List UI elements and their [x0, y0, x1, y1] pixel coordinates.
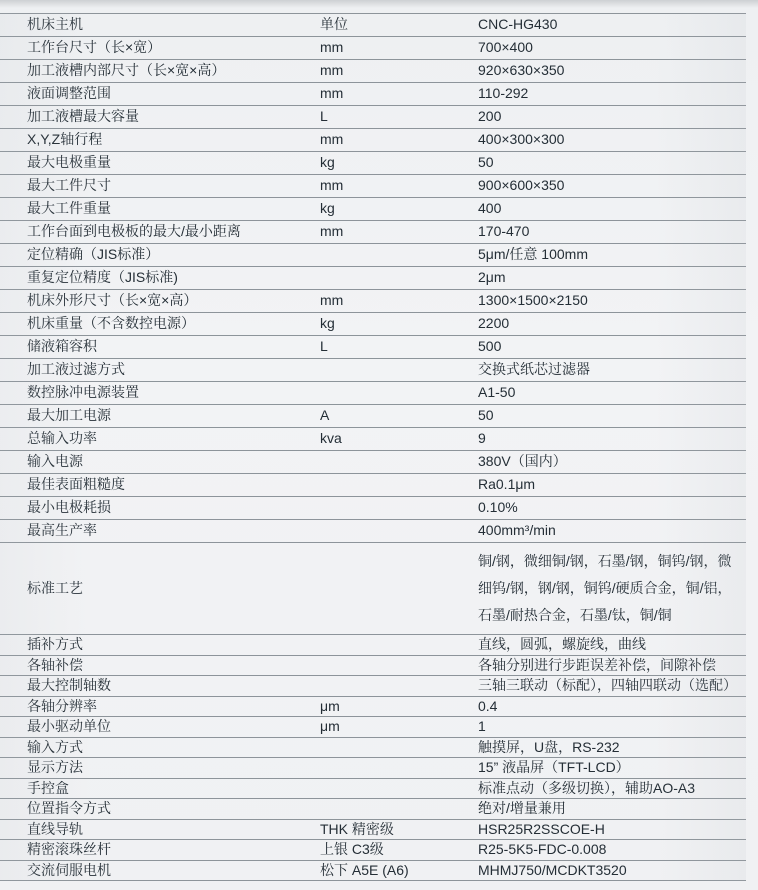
spec-label: 插补方式: [0, 635, 320, 656]
spec-label: 机床主机: [0, 14, 320, 37]
table-row: 交流伺服电机松下 A5E (A6)MHMJ750/MCDKT3520: [0, 860, 746, 881]
spec-unit: mm: [320, 175, 478, 198]
spec-unit: μm: [320, 717, 478, 738]
spec-unit: mm: [320, 290, 478, 313]
table-row: 精密滚珠丝杆上银 C3级R25-5K5-FDC-0.008: [0, 840, 746, 861]
spec-label: 各轴分辨率: [0, 696, 320, 717]
spec-unit: [320, 267, 478, 290]
spec-unit: mm: [320, 129, 478, 152]
table-row: 最大工件尺寸mm900×600×350: [0, 175, 746, 198]
spec-label: 工作台尺寸（长×宽）: [0, 37, 320, 60]
spec-unit: [320, 520, 478, 543]
spec-unit: L: [320, 336, 478, 359]
spec-value: 5μm/任意 100mm: [478, 244, 746, 267]
spec-unit: kva: [320, 428, 478, 451]
spec-unit: [320, 543, 478, 635]
spec-unit: [320, 497, 478, 520]
spec-value: 铜/钢，微细铜/钢，石墨/钢，铜钨/钢，微细钨/钢，钢/钢，铜钨/硬质合金，铜/…: [478, 543, 746, 635]
table-row: 储液箱容积L500: [0, 336, 746, 359]
spec-unit: [320, 778, 478, 799]
spec-unit: [320, 655, 478, 676]
spec-value: 920×630×350: [478, 60, 746, 83]
table-row: 输入电源380V（国内）: [0, 451, 746, 474]
spec-value: R25-5K5-FDC-0.008: [478, 840, 746, 861]
spec-table: 机床主机单位CNC-HG430工作台尺寸（长×宽）mm700×400加工液槽内部…: [0, 13, 746, 881]
table-row: 加工液槽内部尺寸（长×宽×高）mm920×630×350: [0, 60, 746, 83]
spec-unit: 松下 A5E (A6): [320, 860, 478, 881]
spec-unit: kg: [320, 198, 478, 221]
spec-value: 900×600×350: [478, 175, 746, 198]
spec-value: 200: [478, 106, 746, 129]
spec-unit: L: [320, 106, 478, 129]
table-row: 机床外形尺寸（长×宽×高）mm1300×1500×2150: [0, 290, 746, 313]
spec-label: 输入方式: [0, 737, 320, 758]
table-row: 工作台尺寸（长×宽）mm700×400: [0, 37, 746, 60]
table-row: 工作台面到电极板的最大/最小距离mm170-470: [0, 221, 746, 244]
spec-label: 最大电极重量: [0, 152, 320, 175]
spec-unit: [320, 635, 478, 656]
table-row: 标准工艺铜/钢，微细铜/钢，石墨/钢，铜钨/钢，微细钨/钢，钢/钢，铜钨/硬质合…: [0, 543, 746, 635]
spec-value: 400mm³/min: [478, 520, 746, 543]
spec-value: 700×400: [478, 37, 746, 60]
spec-value: 400: [478, 198, 746, 221]
spec-unit: [320, 244, 478, 267]
spec-label: 最佳表面粗糙度: [0, 474, 320, 497]
spec-value: 直线，圆弧，螺旋线，曲线: [478, 635, 746, 656]
spec-unit: [320, 737, 478, 758]
spec-label: 机床重量（不含数控电源）: [0, 313, 320, 336]
spec-value: A1-50: [478, 382, 746, 405]
spec-unit: [320, 676, 478, 697]
spec-value: 50: [478, 152, 746, 175]
spec-label: 定位精确（JIS标准）: [0, 244, 320, 267]
spec-value: 2μm: [478, 267, 746, 290]
spec-label: 机床外形尺寸（长×宽×高）: [0, 290, 320, 313]
spec-label: 加工液槽内部尺寸（长×宽×高）: [0, 60, 320, 83]
spec-label: 最大加工电源: [0, 405, 320, 428]
spec-label: 最大工件尺寸: [0, 175, 320, 198]
spec-unit: mm: [320, 60, 478, 83]
spec-label: 工作台面到电极板的最大/最小距离: [0, 221, 320, 244]
spec-label: 液面调整范围: [0, 83, 320, 106]
spec-label: 位置指令方式: [0, 799, 320, 820]
table-row: 插补方式直线，圆弧，螺旋线，曲线: [0, 635, 746, 656]
spec-value: 0.10%: [478, 497, 746, 520]
spec-label: 最小电极耗损: [0, 497, 320, 520]
spec-value: Ra0.1μm: [478, 474, 746, 497]
spec-unit: kg: [320, 152, 478, 175]
table-row: 加工液槽最大容量L200: [0, 106, 746, 129]
spec-label: 数控脉冲电源装置: [0, 382, 320, 405]
spec-value: HSR25R2SSCOE-H: [478, 819, 746, 840]
spec-label: 精密滚珠丝杆: [0, 840, 320, 861]
spec-value: 170-470: [478, 221, 746, 244]
table-row: 手控盒标准点动（多级切换），辅助AO-A3: [0, 778, 746, 799]
spec-label: 最小驱动单位: [0, 717, 320, 738]
spec-label: 最大工件重量: [0, 198, 320, 221]
spec-unit: 上银 C3级: [320, 840, 478, 861]
spec-label: 加工液过滤方式: [0, 359, 320, 382]
spec-label: 重复定位精度（JIS标准): [0, 267, 320, 290]
spec-label: 最高生产率: [0, 520, 320, 543]
spec-table-body: 机床主机单位CNC-HG430工作台尺寸（长×宽）mm700×400加工液槽内部…: [0, 14, 746, 881]
spec-value: 15” 液晶屏（TFT-LCD）: [478, 758, 746, 779]
table-row: 最大电极重量kg50: [0, 152, 746, 175]
scan-top-shadow: [0, 0, 758, 8]
table-row: 输入方式触摸屏，U盘，RS-232: [0, 737, 746, 758]
spec-label: 加工液槽最大容量: [0, 106, 320, 129]
spec-label: 各轴补偿: [0, 655, 320, 676]
spec-value: 1300×1500×2150: [478, 290, 746, 313]
spec-unit: THK 精密级: [320, 819, 478, 840]
spec-value: 110-292: [478, 83, 746, 106]
spec-value: 各轴分别进行步距误差补偿，间隙补偿: [478, 655, 746, 676]
table-row: 最大工件重量kg400: [0, 198, 746, 221]
spec-label: 最大控制轴数: [0, 676, 320, 697]
table-row: 最小电极耗损0.10%: [0, 497, 746, 520]
spec-unit: [320, 451, 478, 474]
table-row: 最小驱动单位μm1: [0, 717, 746, 738]
spec-unit: [320, 382, 478, 405]
table-row: 定位精确（JIS标准）5μm/任意 100mm: [0, 244, 746, 267]
spec-unit: A: [320, 405, 478, 428]
spec-label: 总输入功率: [0, 428, 320, 451]
table-row: 机床重量（不含数控电源）kg2200: [0, 313, 746, 336]
spec-value: CNC-HG430: [478, 14, 746, 37]
table-row: 总输入功率kva9: [0, 428, 746, 451]
spec-label: 交流伺服电机: [0, 860, 320, 881]
table-row: 直线导轨THK 精密级HSR25R2SSCOE-H: [0, 819, 746, 840]
spec-unit: [320, 799, 478, 820]
header-row: 机床主机单位CNC-HG430: [0, 14, 746, 37]
spec-sheet: 机床主机单位CNC-HG430工作台尺寸（长×宽）mm700×400加工液槽内部…: [0, 13, 746, 881]
spec-value: 绝对/增量兼用: [478, 799, 746, 820]
spec-label: 手控盒: [0, 778, 320, 799]
spec-unit: mm: [320, 83, 478, 106]
table-row: 加工液过滤方式交换式纸芯过滤器: [0, 359, 746, 382]
spec-value: 0.4: [478, 696, 746, 717]
spec-value: 50: [478, 405, 746, 428]
spec-value: 500: [478, 336, 746, 359]
spec-value: 9: [478, 428, 746, 451]
spec-label: 输入电源: [0, 451, 320, 474]
spec-label: 储液箱容积: [0, 336, 320, 359]
spec-unit: [320, 474, 478, 497]
table-row: 最大加工电源A50: [0, 405, 746, 428]
spec-unit: mm: [320, 221, 478, 244]
table-row: 各轴补偿各轴分别进行步距误差补偿，间隙补偿: [0, 655, 746, 676]
table-row: 最高生产率400mm³/min: [0, 520, 746, 543]
table-row: 最佳表面粗糙度Ra0.1μm: [0, 474, 746, 497]
spec-value: MHMJ750/MCDKT3520: [478, 860, 746, 881]
spec-unit: mm: [320, 37, 478, 60]
spec-unit: μm: [320, 696, 478, 717]
spec-value: 400×300×300: [478, 129, 746, 152]
spec-unit: [320, 758, 478, 779]
spec-unit: [320, 359, 478, 382]
spec-value: 三轴三联动（标配），四轴四联动（选配）: [478, 676, 746, 697]
spec-unit: kg: [320, 313, 478, 336]
table-row: 最大控制轴数三轴三联动（标配），四轴四联动（选配）: [0, 676, 746, 697]
table-row: 液面调整范围mm110-292: [0, 83, 746, 106]
table-row: 显示方法15” 液晶屏（TFT-LCD）: [0, 758, 746, 779]
table-row: 重复定位精度（JIS标准)2μm: [0, 267, 746, 290]
table-row: 各轴分辨率μm0.4: [0, 696, 746, 717]
table-row: X,Y,Z轴行程mm400×300×300: [0, 129, 746, 152]
spec-value: 380V（国内）: [478, 451, 746, 474]
spec-value: 交换式纸芯过滤器: [478, 359, 746, 382]
spec-value: 标准点动（多级切换），辅助AO-A3: [478, 778, 746, 799]
spec-value: 触摸屏，U盘，RS-232: [478, 737, 746, 758]
spec-value: 1: [478, 717, 746, 738]
spec-label: 标准工艺: [0, 543, 320, 635]
table-row: 位置指令方式绝对/增量兼用: [0, 799, 746, 820]
table-row: 数控脉冲电源装置A1-50: [0, 382, 746, 405]
spec-label: 直线导轨: [0, 819, 320, 840]
spec-unit: 单位: [320, 14, 478, 37]
spec-value: 2200: [478, 313, 746, 336]
spec-label: X,Y,Z轴行程: [0, 129, 320, 152]
spec-label: 显示方法: [0, 758, 320, 779]
